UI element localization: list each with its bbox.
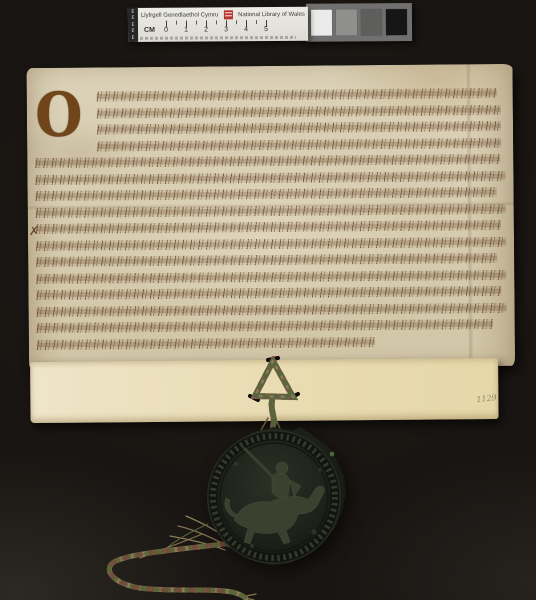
manuscript-text-line	[36, 236, 506, 250]
parchment-charter: O ✗	[26, 64, 515, 370]
photograph-stage: EEEEE Llyfrgell Genedlaethol Cymru Natio…	[0, 0, 536, 600]
seal-rider-torso	[272, 473, 290, 498]
manuscript-text-line	[97, 104, 501, 118]
wax-seal	[196, 424, 352, 570]
manuscript-text-line	[36, 203, 506, 217]
manuscript-text-line	[36, 220, 501, 234]
manuscript-text-line	[97, 121, 501, 135]
manuscript-text-line	[36, 253, 497, 267]
manuscript-text-line	[97, 137, 501, 151]
cord-fiber-speck	[330, 452, 335, 457]
archival-number: 1129	[476, 393, 497, 404]
manuscript-text-line	[36, 286, 501, 300]
manuscript-text-line	[97, 88, 497, 101]
manuscript-text-line	[36, 187, 497, 201]
seal-rider-head	[276, 462, 288, 474]
marginal-cross-mark: ✗	[29, 224, 39, 238]
manuscript-text-block	[35, 88, 507, 356]
manuscript-text-line	[37, 337, 375, 350]
manuscript-text-line	[36, 269, 506, 283]
manuscript-text-line	[37, 302, 507, 316]
manuscript-text-line	[35, 170, 505, 184]
manuscript-text-line	[37, 319, 493, 333]
manuscript-text-line	[35, 154, 500, 168]
